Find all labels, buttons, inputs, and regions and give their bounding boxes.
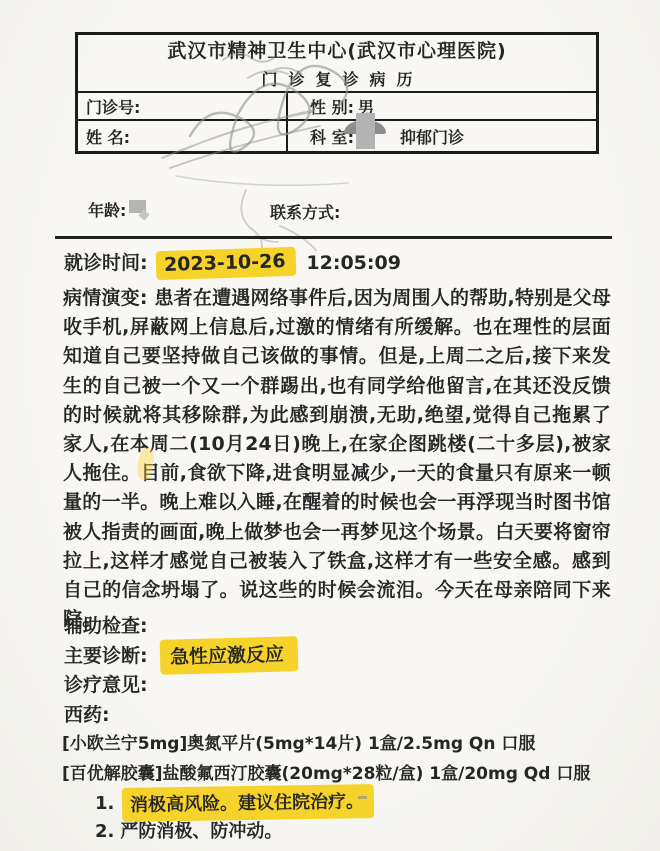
medical-record-page: 武汉市精神卫生中心(武汉市心理医院) 门诊复诊病历 门诊号: 性 别: 男 姓 … <box>0 0 660 851</box>
record-row-no-gender: 门诊号: 性 别: 男 <box>78 93 596 121</box>
advice-item: 1.消极高风险。建议住院治疗。 <box>95 786 376 820</box>
record-title: 门诊复诊病历 <box>250 67 423 90</box>
hospital-name: 武汉市精神卫生中心(武汉市心理医院) <box>167 36 506 63</box>
visit-time-label: 就诊时间: <box>64 252 148 274</box>
medication-line: [小欧兰宁5mg]奥氮平片(5mg*14片) 1盒/2.5mg Qn 口服 <box>62 729 535 754</box>
gender-cell: 性 别: 男 <box>288 93 596 119</box>
department-label: 科 室: <box>310 125 354 148</box>
age-label: 年龄: <box>88 198 126 221</box>
advice-text: 严防消极、防冲动。 <box>120 821 282 842</box>
record-title-cell: 武汉市精神卫生中心(武汉市心理医院) 门诊复诊病历 <box>78 35 596 93</box>
advice-item: 2.严防消极、防冲动。 <box>95 817 282 843</box>
record-row-name-dept: 姓 名: 科 室: 抑郁门诊 <box>78 121 596 152</box>
outpatient-no-cell: 门诊号: <box>78 93 288 119</box>
medication-line: [百优解胶囊]盐酸氟西汀胶囊(20mg*28粒/盒) 1盒/20mg Qd 口服 <box>62 759 590 784</box>
redaction-mark-age <box>129 200 146 213</box>
patient-name-label: 姓 名: <box>86 125 130 148</box>
contact-label: 联系方式: <box>270 200 340 223</box>
record-header-table: 武汉市精神卫生中心(武汉市心理医院) 门诊复诊病历 门诊号: 性 别: 男 姓 … <box>75 32 599 154</box>
section-divider-line <box>55 236 612 239</box>
department-value: 抑郁门诊 <box>400 125 464 148</box>
gender-label: 性 别: <box>310 95 354 118</box>
treatment-opinion-label: 诊疗意见: <box>64 670 148 697</box>
western-medicine-label: 西药: <box>64 700 110 727</box>
scan-dash-artifact <box>358 796 367 799</box>
visit-date-highlight: 2023-10-26 <box>156 247 296 280</box>
aux-exam-label: 辅助检查: <box>64 611 148 638</box>
disease-history-label: 病情演变: <box>63 287 148 309</box>
diagnosis-line: 主要诊断: 急性应激反应 <box>64 638 300 673</box>
department-cell: 科 室: 抑郁门诊 <box>288 121 596 152</box>
diagnosis-value-highlight: 急性应激反应 <box>160 636 299 675</box>
gender-value: 男 <box>358 95 374 118</box>
visit-time-value: 12:05:09 <box>306 252 401 274</box>
advice-number: 2. <box>95 821 114 842</box>
visit-time-line: 就诊时间: 2023-10-26 12:05:09 <box>64 248 401 278</box>
diagnosis-label: 主要诊断: <box>64 645 148 667</box>
outpatient-no-label: 门诊号: <box>86 95 140 118</box>
patient-name-cell: 姓 名: <box>78 121 288 152</box>
advice-number: 1. <box>95 793 114 814</box>
